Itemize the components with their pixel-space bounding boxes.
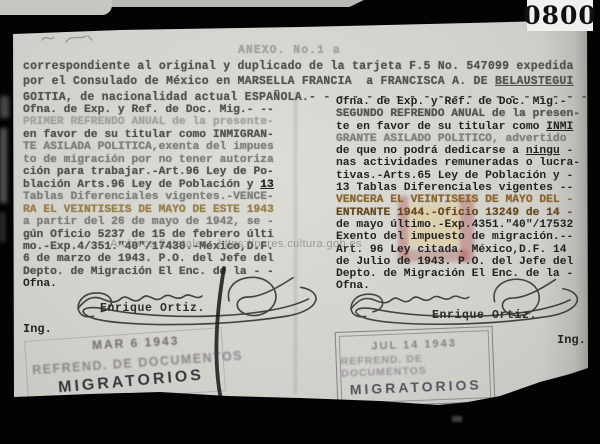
- doc-line: 13 Tablas Diferenciales vigentes --: [336, 182, 590, 194]
- doc-line: ción para trabajar.-Art.96 Ley de Po-: [23, 166, 301, 178]
- doc-line: 6 de marzo de 1943. P.O. del Jefe del: [23, 253, 301, 265]
- right-refrendo-column: Ofna. de Exp. y Ref. de Doc. Mig.- SEGUN…: [336, 96, 590, 293]
- typed-signer-name: Enrique Ortiz.: [432, 309, 537, 322]
- right-stamp-text: REFREND. DE DOCUMENTOS: [341, 350, 490, 380]
- document-page: ANEXO. No.1 a correspondiente al origina…: [0, 0, 600, 444]
- doc-line: blación Arts.96 Ley de Población y 13: [23, 179, 301, 191]
- microfilm-scan-frame: ANEXO. No.1 a correspondiente al origina…: [0, 0, 600, 444]
- doc-line: SEGUNDO REFRENDO ANUAL de la presen-: [336, 108, 590, 120]
- folio-number-label: 0800: [527, 0, 593, 31]
- signer-title: Ing.: [23, 322, 52, 336]
- underlined-surname: BELAUSTEGUI: [495, 75, 574, 88]
- typed-signer-name: Enrique Ortiz.: [100, 302, 205, 315]
- signer-title: Ing.: [557, 333, 586, 347]
- pencil-mark: [36, 28, 98, 48]
- doc-line: Exento del impuesto de migración.--: [336, 231, 590, 243]
- scan-smudge: [0, 212, 5, 242]
- doc-line: PRIMER REFRENDO ANUAL de la presente-: [23, 116, 301, 128]
- doc-line: Ofna. de Exp. y Ref. de Doc. Mig.-: [336, 96, 590, 108]
- right-stamp: JUL 14 1943 REFREND. DE DOCUMENTOS MIGRA…: [335, 326, 496, 408]
- right-stamp-date: JUL 14 1943: [371, 337, 457, 352]
- intro-line: por el Consulado de México en MARSELLA F…: [23, 74, 588, 89]
- doc-line: TE ASILADA POLITICA,exenta del impues: [23, 141, 301, 153]
- scan-smudge: [0, 96, 9, 118]
- intro-line: correspondiente al original y duplicado …: [23, 59, 588, 74]
- left-refrendo-column: Ofna. de Exp. y Ref. de Doc. Mig.- -- PR…: [23, 104, 301, 291]
- doc-line-highlighted: RA EL VEINTISEIS DE MAYO DE ESTE 1943: [23, 204, 301, 216]
- scan-smudge: [0, 128, 7, 203]
- doc-line: te en favor de su titular como INMI: [336, 121, 590, 133]
- doc-line: Ofna. de Exp. y Ref. de Doc. Mig.- --: [23, 104, 301, 116]
- doc-line: a partir del 26 de mayo de 1942, se -: [23, 216, 301, 228]
- doc-line: to de migración por no tener autoriza: [23, 154, 301, 166]
- right-stamp-inner-border: JUL 14 1943 REFREND. DE DOCUMENTOS MIGRA…: [339, 330, 491, 404]
- right-stamp-text: MIGRATORIOS: [349, 376, 482, 397]
- pares-url-watermark: Archivos Estatales https://pares.cultura…: [110, 238, 362, 250]
- doc-line-highlighted: VENCERA EL VEINTISEIS DE MAYO DEL -: [336, 194, 590, 206]
- annex-heading: ANEXO. No.1 a: [238, 44, 341, 57]
- doc-line: Tablas Diferenciales vigentes.-VENCE-: [23, 191, 301, 203]
- doc-line: de mayo último.-Exp.4351."40"/17532: [336, 219, 590, 231]
- doc-line: de Julio de 1943. P.O. del Jefe del: [336, 256, 590, 268]
- scan-corner-artifact: [0, 0, 112, 15]
- doc-line: GRANTE ASILADO POLITICO, advertido: [336, 133, 590, 145]
- handwritten-signature: [62, 266, 338, 328]
- doc-line: Art. 96 Ley citada. México,D.F. 14: [336, 244, 590, 256]
- doc-line: tivas.-Arts.65 Ley de Población y -: [336, 170, 590, 182]
- doc-line: nas actividades remuneradas o lucra-: [336, 157, 590, 169]
- doc-line-highlighted: ENTRANTE 1944.-Oficio 13249 de 14 -: [336, 207, 590, 219]
- scan-smudge: [452, 416, 462, 422]
- doc-line: en favor de su titular como INMIGRAN-: [23, 129, 301, 141]
- doc-line: de que no podrá dedicarse a ningu -: [336, 145, 590, 157]
